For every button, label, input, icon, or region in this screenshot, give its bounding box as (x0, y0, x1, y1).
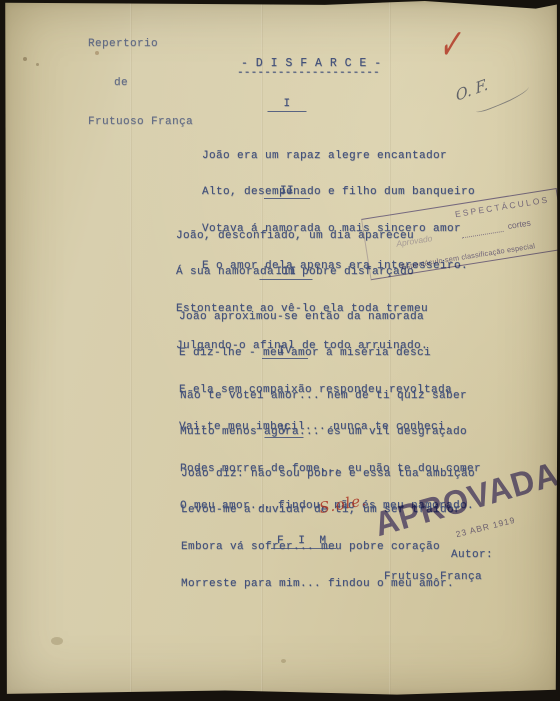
header-line-1: Repertorio (88, 38, 193, 51)
stanza-line: Não te votei amor... nem de ti quiz sabe… (180, 390, 481, 402)
stanza-heading-2: II (264, 185, 310, 199)
censor-stamp-dotted-line (462, 231, 504, 239)
document-paper: Repertorio de Frutuoso França ✓ O. F. - … (3, 1, 558, 696)
stanza-heading-5: V (264, 424, 303, 438)
red-check-mark: ✓ (437, 16, 467, 73)
stanza-line: João era um rapaz alegre encantador (202, 150, 475, 162)
stanza-line: Muito menos agora... és um vil desgraçad… (180, 426, 481, 438)
stain (51, 637, 63, 645)
scan-background: Repertorio de Frutuoso França ✓ O. F. - … (0, 0, 560, 701)
header-line-2: de (88, 77, 193, 90)
censor-stamp-aprovado: Aprovado (396, 233, 434, 249)
autor-name: Frutuso França (384, 571, 482, 583)
header-line-3: Frutuoso França (88, 116, 193, 129)
stanza-line: E diz-lhe - meu amor á miséria desci (179, 347, 452, 359)
stain (36, 63, 39, 66)
fim-label: F I M (271, 535, 336, 549)
stanza-line: João aproximou-se então da namorada (179, 311, 452, 323)
stain (23, 57, 27, 61)
header-block: Repertorio de Frutuoso França (88, 12, 193, 155)
stanza-heading-1: I (267, 98, 306, 112)
title-underline: --------------------- (237, 67, 380, 79)
stanza-line: Alto, desempenado e filho dum banqueiro (202, 186, 475, 198)
stanza-heading-3: III (259, 266, 312, 280)
stanza-line: João diz: não sou pobre e essa tua ambiç… (181, 468, 475, 480)
autor-label: Autor: (451, 549, 493, 561)
stain (281, 659, 286, 663)
stanza-heading-4: IV (262, 345, 308, 359)
censor-stamp-cortes: cortes (507, 218, 531, 231)
